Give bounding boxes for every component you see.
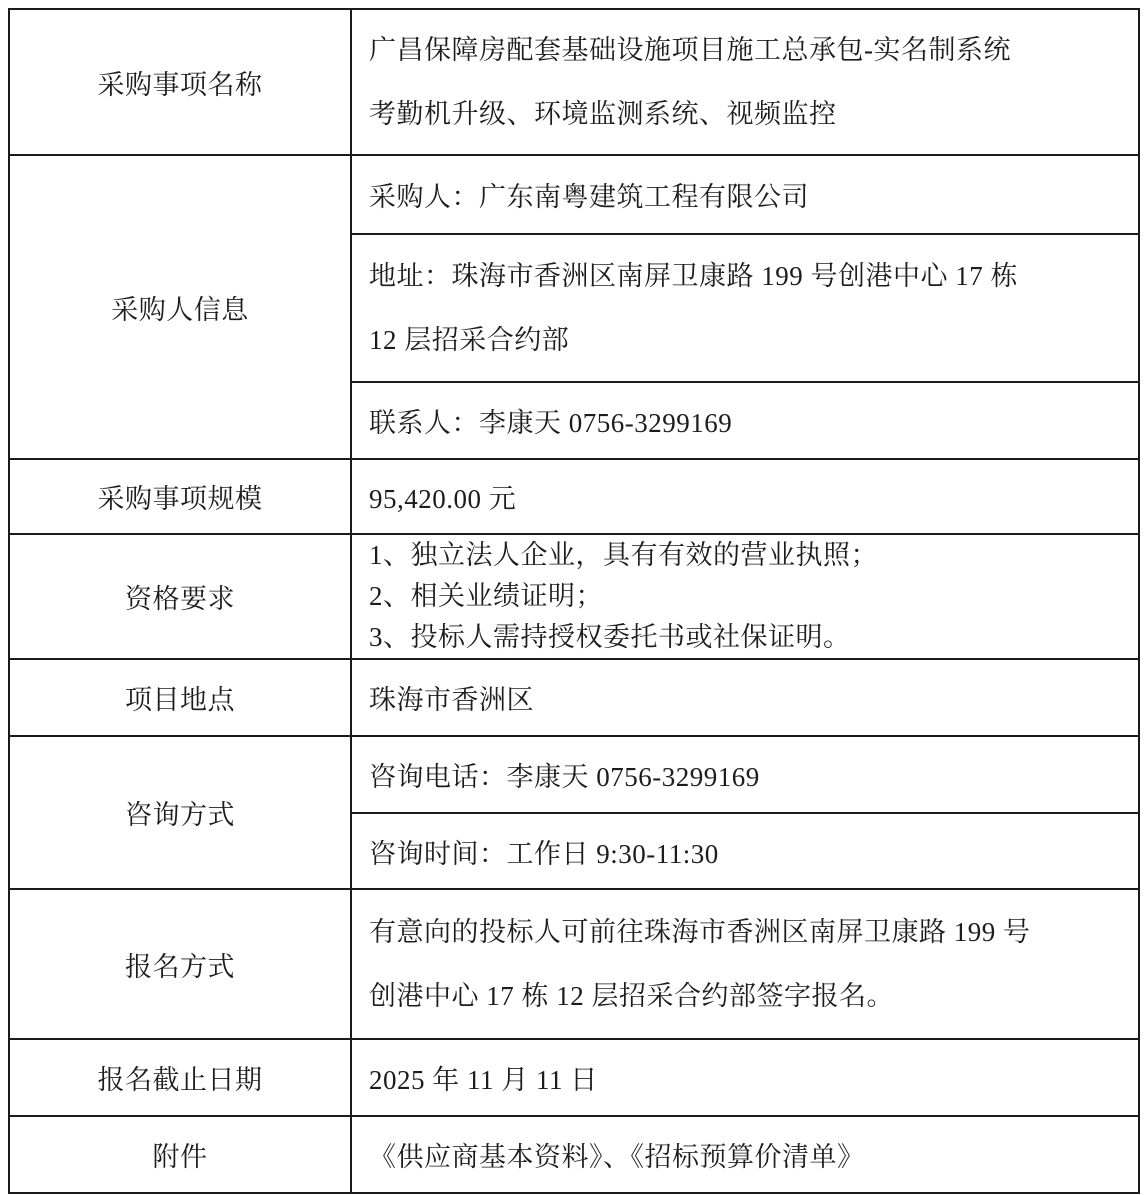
registration-method-value: 有意向的投标人可前往珠海市香洲区南屏卫康路 199 号 创港中心 17 栋 12… — [351, 889, 1139, 1039]
consultation-phone-value: 咨询电话：李康天 0756-3299169 — [351, 736, 1139, 813]
procurement-item-name-value: 广昌保障房配套基础设施项目施工总承包-实名制系统 考勤机升级、环境监测系统、视频… — [351, 9, 1139, 155]
row-project-location: 项目地点 珠海市香洲区 — [9, 659, 1139, 736]
text-line: 联系人：李康天 0756-3299169 — [369, 401, 1126, 440]
text-line: 咨询时间：工作日 9:30-11:30 — [369, 832, 1126, 871]
purchaser-name-value: 采购人：广东南粤建筑工程有限公司 — [351, 155, 1139, 234]
attachments-label: 附件 — [9, 1116, 351, 1193]
text-line: 有意向的投标人可前往珠海市香洲区南屏卫康路 199 号 — [369, 900, 1126, 964]
purchaser-address-value: 地址：珠海市香洲区南屏卫康路 199 号创港中心 17 栋 12 层招采合约部 — [351, 234, 1139, 382]
row-qualification-requirements: 资格要求 1、独立法人企业，具有有效的营业执照； 2、相关业绩证明； 3、投标人… — [9, 534, 1139, 659]
qualification-requirements-value: 1、独立法人企业，具有有效的营业执照； 2、相关业绩证明； 3、投标人需持授权委… — [351, 534, 1139, 659]
project-location-value: 珠海市香洲区 — [351, 659, 1139, 736]
text-line: 咨询电话：李康天 0756-3299169 — [369, 755, 1126, 794]
text-line: 采购人：广东南粤建筑工程有限公司 — [369, 175, 1126, 214]
text-line: 1、独立法人企业，具有有效的营业执照； — [369, 535, 1126, 576]
text-line: 地址：珠海市香洲区南屏卫康路 199 号创港中心 17 栋 — [369, 244, 1126, 308]
row-attachments: 附件 《供应商基本资料》、《招标预算价清单》 — [9, 1116, 1139, 1193]
text-line: 95,420.00 元 — [369, 477, 1126, 516]
attachments-value: 《供应商基本资料》、《招标预算价清单》 — [351, 1116, 1139, 1193]
text-line: 2025 年 11 月 11 日 — [369, 1058, 1126, 1097]
project-location-label: 项目地点 — [9, 659, 351, 736]
registration-deadline-value: 2025 年 11 月 11 日 — [351, 1039, 1139, 1116]
text-line: 3、投标人需持授权委托书或社保证明。 — [369, 617, 1126, 658]
row-procurement-item-name: 采购事项名称 广昌保障房配套基础设施项目施工总承包-实名制系统 考勤机升级、环境… — [9, 9, 1139, 155]
text-line: 广昌保障房配套基础设施项目施工总承包-实名制系统 — [369, 18, 1126, 82]
registration-deadline-label: 报名截止日期 — [9, 1039, 351, 1116]
qualification-requirements-label: 资格要求 — [9, 534, 351, 659]
procurement-scale-label: 采购事项规模 — [9, 459, 351, 534]
consultation-method-label: 咨询方式 — [9, 736, 351, 889]
text-line: 考勤机升级、环境监测系统、视频监控 — [369, 82, 1126, 146]
row-registration-deadline: 报名截止日期 2025 年 11 月 11 日 — [9, 1039, 1139, 1116]
text-line: 创港中心 17 栋 12 层招采合约部签字报名。 — [369, 964, 1126, 1028]
text-line: 2、相关业绩证明； — [369, 576, 1126, 617]
procurement-item-name-label: 采购事项名称 — [9, 9, 351, 155]
text-line: 12 层招采合约部 — [369, 308, 1126, 372]
consultation-time-value: 咨询时间：工作日 9:30-11:30 — [351, 813, 1139, 889]
registration-method-label: 报名方式 — [9, 889, 351, 1039]
text-line: 珠海市香洲区 — [369, 678, 1126, 717]
row-procurement-scale: 采购事项规模 95,420.00 元 — [9, 459, 1139, 534]
row-purchaser-info: 采购人信息 采购人：广东南粤建筑工程有限公司 — [9, 155, 1139, 234]
purchaser-info-label: 采购人信息 — [9, 155, 351, 459]
procurement-notice-table: 采购事项名称 广昌保障房配套基础设施项目施工总承包-实名制系统 考勤机升级、环境… — [8, 8, 1140, 1194]
purchaser-contact-value: 联系人：李康天 0756-3299169 — [351, 382, 1139, 459]
text-line: 《供应商基本资料》、《招标预算价清单》 — [369, 1135, 1126, 1174]
procurement-scale-value: 95,420.00 元 — [351, 459, 1139, 534]
row-registration-method: 报名方式 有意向的投标人可前往珠海市香洲区南屏卫康路 199 号 创港中心 17… — [9, 889, 1139, 1039]
row-consultation-method: 咨询方式 咨询电话：李康天 0756-3299169 — [9, 736, 1139, 813]
